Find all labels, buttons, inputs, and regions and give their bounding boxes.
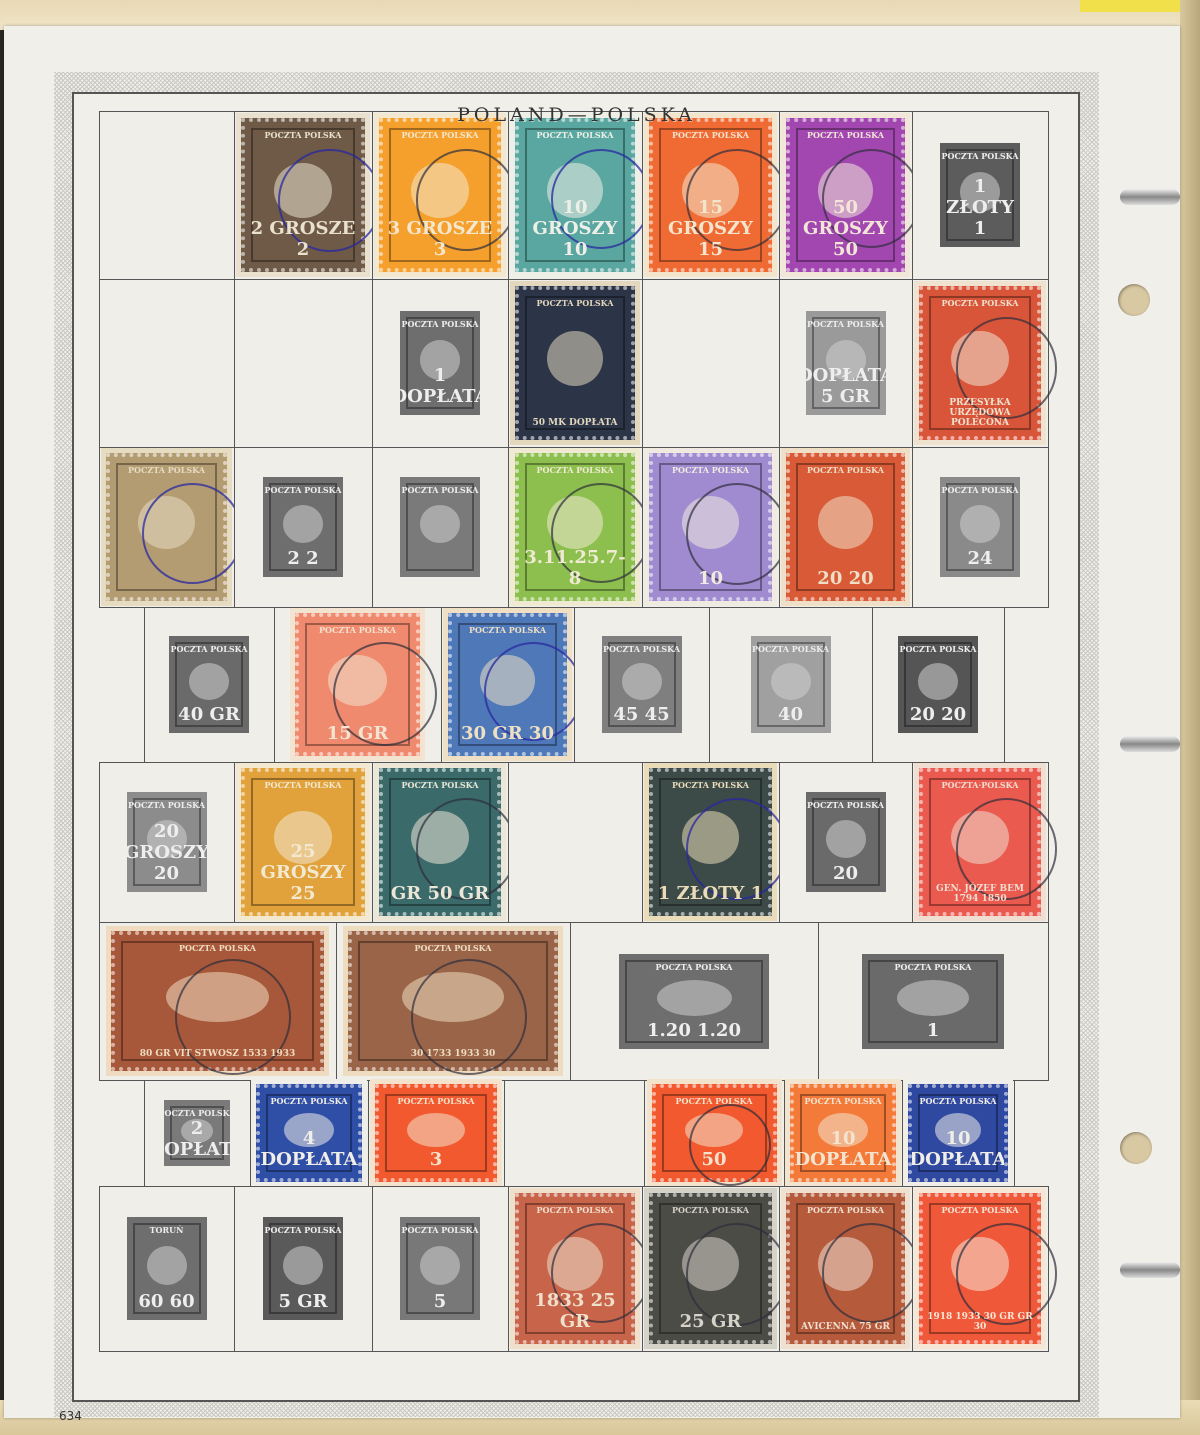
printed-stamp-illustration: POCZTA POLSKA5 GR <box>263 1217 343 1319</box>
stamp-inscription: POCZTA POLSKA <box>807 800 884 810</box>
stamp-inscription: POCZTA POLSKA <box>265 780 342 790</box>
stamp-inscription: POCZTA POLSKA <box>942 1205 1019 1215</box>
album-space <box>234 279 373 448</box>
stamp-inscription: POCZTA POLSKA <box>398 1096 475 1106</box>
stamp: POCZTA POLSKA1918 1933 30 GR GR 30 <box>919 1193 1041 1345</box>
printed-stamp-illustration: POCZTA POLSKA20 GROSZY 20 <box>127 792 207 891</box>
printed-stamp-illustration: TORUŃ60 60 <box>127 1217 207 1319</box>
printed-stamp-illustration: POCZTA POLSKA20 20 <box>898 636 978 732</box>
printed-stamp-illustration: POCZTA POLSKA <box>400 477 480 576</box>
stamp-denomination: GEN. JÓZEF BEM 1794 1850 <box>923 884 1037 904</box>
stamp: POCZTA POLSKA10 GROSZY 10 <box>515 118 636 273</box>
stamp: POCZTA POLSKA1 ZŁOTY 1 <box>649 768 772 915</box>
stamp-inscription: POCZTA POLSKA <box>319 625 396 635</box>
stamp: POCZTA POLSKA10 <box>649 453 772 600</box>
stamp-inscription: POCZTA POLSKA <box>265 1225 342 1235</box>
stamp-denomination: DOPŁATA 5 GR <box>806 365 886 407</box>
stamp-denomination: 3 <box>430 1149 443 1170</box>
stamp: POCZTA POLSKA3 GROSZE 3 <box>379 118 501 273</box>
stamp-vignette <box>411 163 468 219</box>
stamp-inscription: POCZTA POLSKA <box>171 644 248 654</box>
stamp-inscription: POCZTA POLSKA <box>807 130 884 140</box>
printed-stamp-illustration: POCZTA POLSKADOPŁATA 5 GR <box>806 311 886 415</box>
page-title: POLAND—POLSKA <box>4 104 1149 126</box>
stamp: POCZTA POLSKA25 GROSZY 25 <box>241 768 365 915</box>
stamp-inscription: POCZTA POLSKA <box>900 644 977 654</box>
stamp: POCZTA POLSKA <box>106 453 228 600</box>
stamp-inscription: POCZTA POLSKA <box>752 644 829 654</box>
stamp-vignette <box>682 496 740 549</box>
stamp-inscription: POCZTA POLSKA <box>402 319 479 329</box>
stamp: POCZTA POLSKAGR 50 GR <box>379 768 501 915</box>
printed-stamp-illustration: POCZTA POLSKA20 <box>806 792 886 891</box>
stamp-vignette <box>951 811 1008 864</box>
stamp-inscription: POCZTA POLSKA <box>942 298 1019 308</box>
stamp-denomination: 15 GROSZY 15 <box>653 197 768 260</box>
stamp-inscription: POCZTA POLSKA <box>656 962 733 972</box>
stamp-inscription: POCZTA POLSKA <box>805 1096 882 1106</box>
stamp-vignette <box>402 972 503 1022</box>
stamp-denomination: 10 DOPŁATA <box>910 1128 1007 1170</box>
stamp-vignette <box>189 663 229 700</box>
stamp: POCZTA POLSKAAVICENNA 75 GR <box>786 1193 906 1345</box>
stamp-denomination: 1 DOPŁATA <box>400 365 480 407</box>
stamp-denomination: 50 <box>701 1149 726 1170</box>
stamp-denomination: 2 DOPŁATA <box>164 1118 230 1160</box>
stamp-denomination: 24 <box>967 548 992 569</box>
stamp: POCZTA POLSKA50 GROSZY 50 <box>786 118 906 273</box>
printed-stamp-illustration: POCZTA POLSKA45 45 <box>602 636 682 732</box>
stamp-inscription: TORUŃ <box>150 1225 184 1235</box>
binder-ring <box>1120 736 1180 752</box>
stamp: POCZTA POLSKA4 DOPŁATA <box>256 1084 362 1182</box>
stamp-denomination: 25 GROSZY 25 <box>245 841 361 904</box>
stamp-denomination: GR 50 GR <box>391 883 489 904</box>
printed-stamp-illustration: POCZTA POLSKA1 ZŁOTY 1 <box>940 143 1020 247</box>
stamp-vignette <box>951 331 1008 387</box>
stamp-denomination: 25 GR <box>680 1311 742 1332</box>
stamp-inscription: POCZTA POLSKA <box>676 1096 753 1106</box>
stamp-denomination: 1 <box>927 1020 940 1041</box>
stamp-vignette <box>420 505 460 543</box>
stamp-vignette <box>138 496 195 549</box>
stamp-vignette <box>771 663 811 700</box>
album-space <box>99 279 235 448</box>
stamp-inscription: POCZTA POLSKA <box>164 1108 230 1118</box>
album-space <box>642 279 780 448</box>
stamp-inscription: POCZTA POLSKA <box>265 485 342 495</box>
printed-stamp-illustration: POCZTA POLSKA2 DOPŁATA <box>164 1100 230 1166</box>
stamp-inscription: POCZTA POLSKA <box>469 625 546 635</box>
stamp-denomination: 1 ZŁOTY 1 <box>940 176 1020 239</box>
stamp: POCZTA POLSKA30 1733 1933 30 <box>348 931 559 1071</box>
printed-stamp-illustration: POCZTA POLSKA1 <box>862 954 1005 1049</box>
stamp: POCZTA POLSKA1833 25 GR <box>515 1193 636 1345</box>
stamp: POCZTA POLSKA15 GROSZY 15 <box>649 118 772 273</box>
stamp: POCZTA POLSKA20 20 <box>786 453 906 600</box>
album-space <box>504 1080 645 1187</box>
printed-stamp-illustration: POCZTA POLSKA1 DOPŁATA <box>400 311 480 415</box>
stamp-inscription: POCZTA POLSKA <box>537 298 614 308</box>
stamp: POCZTA POLSKA50 MK DOPŁATA <box>515 286 636 441</box>
printed-stamp-illustration: POCZTA POLSKA5 <box>400 1217 480 1319</box>
stamp-inscription: POCZTA POLSKA <box>895 962 972 972</box>
stamp-denomination: 3 GROSZE 3 <box>383 218 497 260</box>
stamp-vignette <box>166 972 269 1022</box>
printed-stamp-illustration: POCZTA POLSKA40 <box>751 636 831 732</box>
stamp-denomination: 80 GR VIT STWOSZ 1533 1933 <box>140 1049 296 1059</box>
stamp-inscription: POCZTA·POLSKA <box>942 780 1019 790</box>
stamp-vignette <box>657 980 732 1016</box>
stamp-denomination: 1 ZŁOTY 1 <box>658 883 763 904</box>
stamp-denomination: 45 45 <box>613 704 669 725</box>
binder-ring <box>1120 189 1180 205</box>
stamp-inscription: POCZTA POLSKA <box>807 319 884 329</box>
stamp: POCZTA POLSKA2 GROSZE 2 <box>241 118 365 273</box>
album-page: POCZTA POLSKA2 GROSZE 2POCZTA POLSKA3 GR… <box>4 26 1180 1418</box>
stamp-denomination: 15 GR <box>327 723 389 744</box>
stamp: POCZTA POLSKA30 GR 30 <box>448 613 568 756</box>
stamp-denomination: 2 2 <box>287 548 318 569</box>
printed-stamp-illustration: POCZTA POLSKA2 2 <box>263 477 343 576</box>
stamp-denomination: 10 GROSZY 10 <box>519 197 632 260</box>
stamp-denomination: 10 DOPŁATA <box>794 1128 892 1170</box>
stamp-denomination: PRZESYŁKA URZĘDOWA POLECONA <box>923 398 1037 428</box>
stamp-vignette <box>328 655 387 706</box>
stamp-denomination: 5 GR <box>278 1291 327 1312</box>
stamp-denomination: 20 20 <box>910 704 966 725</box>
stamp-denomination: 3.11.25.7-8 <box>519 547 632 589</box>
binder-spine <box>1180 0 1200 1435</box>
album-space <box>99 111 235 280</box>
stamp-vignette <box>897 980 968 1016</box>
stamp-denomination: 20 20 <box>817 568 873 589</box>
stamp-vignette <box>411 811 468 864</box>
stamp-vignette <box>547 331 603 387</box>
stamp-denomination: 30 GR 30 <box>461 723 554 744</box>
stamp-vignette <box>622 663 662 700</box>
stamp: POCZTA POLSKA3.11.25.7-8 <box>515 453 636 600</box>
stamp-inscription: POCZTA POLSKA <box>402 485 479 495</box>
stamp-vignette <box>682 811 740 864</box>
punch-hole <box>1118 284 1150 316</box>
binder-ring <box>1120 1262 1180 1278</box>
album-space <box>508 762 643 923</box>
punch-hole <box>1120 1132 1152 1164</box>
stamp-inscription: POCZTA POLSKA <box>807 1205 884 1215</box>
stamp-denomination: 2 GROSZE 2 <box>245 218 361 260</box>
stamp-vignette <box>274 163 332 219</box>
stamp-inscription: POCZTA POLSKA <box>672 780 749 790</box>
stamp-inscription: POCZTA POLSKA <box>920 1096 997 1106</box>
stamp-denomination: 4 DOPŁATA <box>260 1128 358 1170</box>
stamp-denomination: 30 1733 1933 30 <box>411 1049 496 1059</box>
stamp-vignette <box>283 505 323 543</box>
page-number: 634 <box>59 1409 82 1423</box>
printed-stamp-illustration: POCZTA POLSKA24 <box>940 477 1020 576</box>
stamp: POCZTA POLSKA25 GR <box>649 1193 772 1345</box>
stamp-denomination: 1.20 1.20 <box>647 1020 741 1041</box>
stamp-inscription: POCZTA POLSKA <box>179 943 256 953</box>
stamp-inscription: POCZTA POLSKA <box>672 465 749 475</box>
printed-stamp-illustration: POCZTA POLSKA1.20 1.20 <box>619 954 769 1049</box>
stamp-denomination: 60 60 <box>138 1291 194 1312</box>
stamp-inscription: POCZTA POLSKA <box>537 465 614 475</box>
stamp-inscription: POCZTA POLSKA <box>128 800 205 810</box>
stamp-inscription: POCZTA POLSKA <box>942 485 1019 495</box>
stamp-inscription: POCZTA POLSKA <box>128 465 205 475</box>
stamp-vignette <box>420 1246 460 1285</box>
stamp: POCZTA POLSKA3 <box>375 1084 497 1182</box>
stamp-denomination: 1833 25 GR <box>519 1290 632 1332</box>
stamp-denomination: 40 <box>778 704 803 725</box>
stamp-inscription: POCZTA POLSKA <box>402 130 479 140</box>
stamp: POCZTA POLSKA50 <box>652 1084 777 1182</box>
stamp-vignette <box>951 1237 1008 1292</box>
stamp-inscription: POCZTA POLSKA <box>415 943 492 953</box>
printed-stamp-illustration: POCZTA POLSKA40 GR <box>169 636 249 732</box>
stamp-denomination: 40 GR <box>178 704 240 725</box>
stamp-vignette <box>480 655 536 706</box>
stamp-inscription: POCZTA POLSKA <box>672 130 749 140</box>
stamp-denomination: 5 <box>434 1291 447 1312</box>
stamp-vignette <box>547 496 603 549</box>
stamp-vignette <box>826 820 866 858</box>
stamp-vignette <box>283 1246 323 1285</box>
stamp-denomination: 10 <box>698 568 723 589</box>
stamp: POCZTA POLSKA10 DOPŁATA <box>790 1084 896 1182</box>
stamp: POCZTA POLSKA80 GR VIT STWOSZ 1533 1933 <box>111 931 324 1071</box>
stamp-inscription: POCZTA POLSKA <box>402 1225 479 1235</box>
stamp: POCZTA·POLSKAGEN. JÓZEF BEM 1794 1850 <box>919 768 1041 915</box>
stamp-inscription: POCZTA POLSKA <box>807 465 884 475</box>
stamp-denomination: 50 MK DOPŁATA <box>532 418 617 428</box>
stamp: POCZTA POLSKA15 GR <box>295 613 420 756</box>
stamp-denomination: AVICENNA 75 GR <box>801 1322 890 1332</box>
stamp-inscription: POCZTA POLSKA <box>537 1205 614 1215</box>
stamp-denomination: 20 <box>833 863 858 884</box>
stamp-vignette <box>960 505 1000 543</box>
stamp: POCZTA POLSKA10 DOPŁATA <box>908 1084 1009 1182</box>
stamp-vignette <box>407 1113 464 1147</box>
stamp-inscription: POCZTA POLSKA <box>672 1205 749 1215</box>
stamp-denomination: 1918 1933 30 GR GR 30 <box>923 1312 1037 1332</box>
stamp-inscription: POCZTA POLSKA <box>537 130 614 140</box>
index-tab <box>1080 0 1190 12</box>
stamp-denomination: 20 GROSZY 20 <box>127 821 207 884</box>
stamp-denomination: 50 GROSZY 50 <box>790 197 902 260</box>
stamp-inscription: POCZTA POLSKA <box>265 130 342 140</box>
stamp: POCZTA POLSKAPRZESYŁKA URZĘDOWA POLECONA <box>919 286 1041 441</box>
stamp-inscription: POCZTA POLSKA <box>271 1096 348 1106</box>
stamp-inscription: POCZTA POLSKA <box>942 151 1019 161</box>
stamp-inscription: POCZTA POLSKA <box>402 780 479 790</box>
stamp-vignette <box>918 663 958 700</box>
stamp-inscription: POCZTA POLSKA <box>603 644 680 654</box>
stamp-vignette <box>147 1246 187 1285</box>
